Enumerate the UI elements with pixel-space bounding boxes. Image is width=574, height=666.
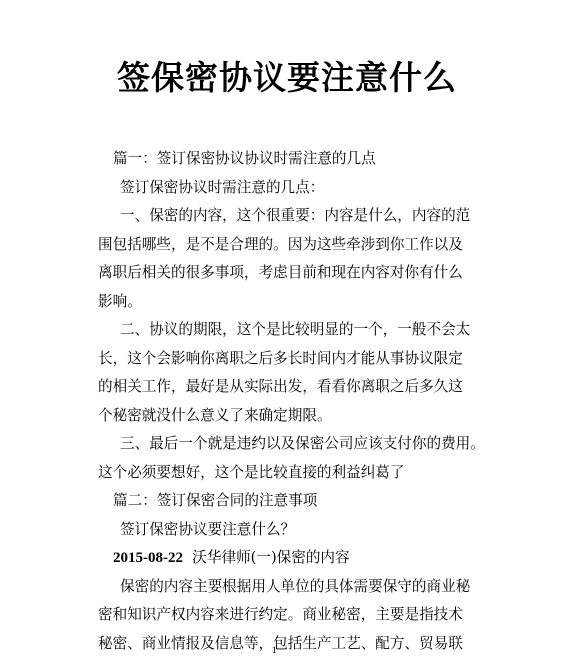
paragraph-line: 影响。 — [98, 288, 468, 317]
text-line: 篇二：签订保密合同的注意事项 — [113, 492, 317, 509]
paragraph-line: 离职后相关的很多事项，考虑目前和现在内容对你有什么 — [98, 259, 468, 288]
document-page: 签保密协议要注意什么 篇一：签订保密协议协议时需注意的几点 签订保密协议时需注意… — [0, 0, 574, 666]
document-body: 篇一：签订保密协议协议时需注意的几点 签订保密协议时需注意的几点： 一、保密的内… — [98, 145, 468, 658]
paragraph-line: 保密的内容主要根据用人单位的具体需要保守的商业秘 — [98, 573, 468, 602]
paragraph-line: 长，这个会影响你离职之后多长时间内才能从事协议限定 — [98, 345, 468, 374]
paragraph-line: 这个必须要想好，这个是比较直接的利益纠葛了 — [98, 459, 468, 488]
date-text: 2015-08-22 — [113, 550, 183, 566]
text-line: 签订保密协议要注意什么？ — [120, 521, 295, 538]
text-line: 长，这个会影响你离职之后多长时间内才能从事协议限定 — [98, 350, 463, 367]
text-line: 围包括哪些，是不是合理的。因为这些牵涉到你工作以及 — [98, 236, 463, 253]
paragraph-line: 签订保密协议要注意什么？ — [98, 516, 468, 545]
paragraph-line: 的相关工作，最好是从实际出发，看看你离职之后多久这 — [98, 373, 468, 402]
text-line: 秘密、商业情报及信息等，包括生产工艺、配方、贸易联 — [98, 635, 463, 652]
text-line: 这个必须要想好，这个是比较直接的利益纠葛了 — [98, 464, 404, 481]
section-heading-1: 篇一：签订保密协议协议时需注意的几点 — [98, 145, 468, 174]
text-line: 签订保密协议时需注意的几点： — [120, 179, 324, 196]
paragraph-line: 围包括哪些，是不是合理的。因为这些牵涉到你工作以及 — [98, 231, 468, 260]
paragraph-line: 签订保密协议时需注意的几点： — [98, 174, 468, 203]
text-line: 二、协议的期限，这个是比较明显的一个，一般不会太 — [120, 321, 470, 338]
paragraph-line: 二、协议的期限，这个是比较明显的一个，一般不会太 — [98, 316, 468, 345]
date-line: 2015-08-22 沃华律师(一)保密的内容 — [98, 544, 468, 573]
text-line: 三、最后一个就是违约以及保密公司应该支付你的费用。 — [120, 435, 485, 452]
text-line: 一、保密的内容，这个很重要：内容是什么，内容的范 — [120, 207, 470, 224]
text-line: 保密的内容主要根据用人单位的具体需要保守的商业秘 — [120, 578, 470, 595]
paragraph-line: 密和知识产权内容来进行约定。商业秘密，主要是指技术 — [98, 601, 468, 630]
text-line: 个秘密就没什么意义了来确定期限。 — [98, 407, 332, 424]
text-line: 影响。 — [98, 293, 142, 310]
text-line: 的相关工作，最好是从实际出发，看看你离职之后多久这 — [98, 378, 463, 395]
paragraph-line: 个秘密就没什么意义了来确定期限。 — [98, 402, 468, 431]
paragraph-line: 秘密、商业情报及信息等，包括生产工艺、配方、贸易联 — [98, 630, 468, 659]
text-line: 密和知识产权内容来进行约定。商业秘密，主要是指技术 — [98, 606, 463, 623]
author-text: 沃华律师(一)保密的内容 — [192, 549, 349, 566]
document-title: 签保密协议要注意什么 — [0, 58, 574, 98]
paragraph-line: 三、最后一个就是违约以及保密公司应该支付你的费用。 — [98, 430, 468, 459]
section-heading-2: 篇二：签订保密合同的注意事项 — [98, 487, 468, 516]
text-line: 篇一：签订保密协议协议时需注意的几点 — [113, 150, 376, 167]
text-line: 离职后相关的很多事项，考虑目前和现在内容对你有什么 — [98, 264, 463, 281]
page-number: 1 — [272, 645, 277, 655]
paragraph-line: 一、保密的内容，这个很重要：内容是什么，内容的范 — [98, 202, 468, 231]
